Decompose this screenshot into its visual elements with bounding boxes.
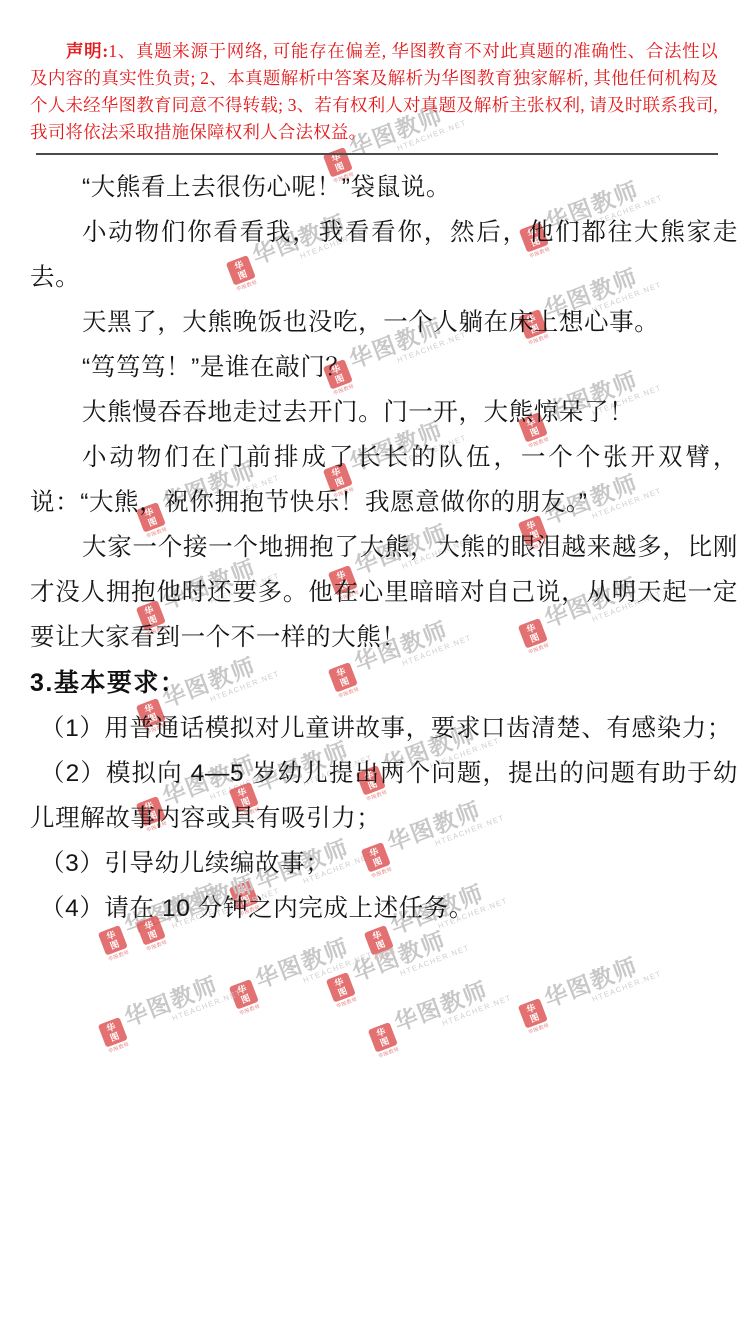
huatu-logo-icon: 华 图华图教师	[368, 1022, 401, 1060]
watermark-url-text: HTEACHER.NET	[171, 988, 243, 1023]
huatu-logo-caption: 华图教师	[527, 1022, 550, 1036]
huatu-logo-caption: 华图教师	[377, 1046, 400, 1060]
story-section: “大熊看上去很伤心呢！”袋鼠说。 小动物们你看看我，我看看你，然后，他们都往大熊…	[30, 165, 738, 660]
watermark-body: 华图教师HTEACHER.NET	[121, 965, 243, 1038]
requirement-item-4: （4）请在 10 分钟之内完成上述任务。	[30, 886, 738, 931]
watermark-url-text: HTEACHER.NET	[591, 969, 663, 1004]
story-paragraph-3: 天黑了，大熊晚饭也没吃，一个人躺在床上想心事。	[30, 300, 738, 345]
watermark-body: 华图教师HTEACHER.NET	[349, 920, 471, 993]
watermark-brand-text: 华图教师	[391, 970, 510, 1035]
huatu-logo-caption: 华图教师	[145, 939, 168, 953]
requirements-section: （1）用普通话模拟对儿童讲故事，要求口齿清楚、有感染力； （2）模拟向 4—5 …	[30, 706, 738, 931]
divider-rule	[36, 153, 718, 155]
story-paragraph-2: 小动物们你看看我，我看看你，然后，他们都往大熊家走去。	[30, 210, 738, 300]
huatu-logo-caption: 华图教师	[107, 1041, 130, 1055]
huatu-logo-icon: 华 图华图教师	[518, 998, 551, 1036]
watermark-body: 华图教师HTEACHER.NET	[252, 927, 374, 1000]
watermark: 华 图华图教师华图教师HTEACHER.NET	[323, 920, 474, 1010]
huatu-logo-icon: 华 图华图教师	[229, 979, 262, 1017]
watermark: 华 图华图教师华图教师HTEACHER.NET	[226, 927, 377, 1017]
watermark: 华 图华图教师华图教师HTEACHER.NET	[515, 946, 666, 1036]
watermark-brand-text: 华图教师	[541, 946, 660, 1011]
story-paragraph-6: 小动物们在门前排成了长长的队伍，一个个张开双臂，说：“大熊，祝你拥抱节快乐！我愿…	[30, 435, 738, 525]
requirement-item-2: （2）模拟向 4—5 岁幼儿提出两个问题，提出的问题有助于幼儿理解故事内容或具有…	[30, 751, 738, 841]
huatu-logo-caption: 华图教师	[335, 996, 358, 1010]
huatu-logo-glyph: 华 图	[229, 979, 259, 1010]
disclaimer: 声明:1、真题来源于网络, 可能存在偏差, 华图教育不对此真题的准确性、合法性以…	[30, 38, 718, 146]
story-paragraph-1: “大熊看上去很伤心呢！”袋鼠说。	[30, 165, 738, 210]
huatu-logo-caption: 华图教师	[107, 949, 130, 963]
disclaimer-text: 1、真题来源于网络, 可能存在偏差, 华图教育不对此真题的准确性、合法性以及内容…	[30, 41, 718, 142]
story-paragraph-7: 大家一个接一个地拥抱了大熊，大熊的眼泪越来越多，比刚才没人拥抱他时还要多。他在心…	[30, 525, 738, 660]
requirement-item-1: （1）用普通话模拟对儿童讲故事，要求口齿清楚、有感染力；	[30, 706, 738, 751]
huatu-logo-glyph: 华 图	[98, 1017, 128, 1048]
huatu-logo-glyph: 华 图	[368, 1022, 398, 1053]
huatu-logo-glyph: 华 图	[326, 972, 356, 1003]
story-paragraph-4: “笃笃笃！”是谁在敲门？	[30, 345, 738, 390]
disclaimer-label: 声明:	[66, 41, 108, 61]
document-content: 声明:1、真题来源于网络, 可能存在偏差, 华图教育不对此真题的准确性、合法性以…	[0, 0, 748, 931]
huatu-logo-icon: 华 图华图教师	[326, 972, 359, 1010]
watermark-brand-text: 华图教师	[252, 927, 371, 992]
watermark-brand-text: 华图教师	[121, 965, 240, 1030]
huatu-logo-caption: 华图教师	[238, 1003, 261, 1017]
watermark-url-text: HTEACHER.NET	[399, 943, 471, 978]
watermark-url-text: HTEACHER.NET	[441, 993, 513, 1028]
watermark: 华 图华图教师华图教师HTEACHER.NET	[95, 965, 246, 1055]
watermark: 华 图华图教师华图教师HTEACHER.NET	[365, 970, 516, 1060]
requirement-item-3: （3）引导幼儿续编故事；	[30, 841, 738, 886]
huatu-logo-icon: 华 图华图教师	[98, 1017, 131, 1055]
watermark-body: 华图教师HTEACHER.NET	[541, 946, 663, 1019]
story-paragraph-5: 大熊慢吞吞地走过去开门。门一开，大熊惊呆了！	[30, 390, 738, 435]
watermark-body: 华图教师HTEACHER.NET	[391, 970, 513, 1043]
requirements-heading: 3.基本要求：	[30, 660, 718, 706]
huatu-logo-caption: 华图教师	[373, 949, 396, 963]
document-page: 华 图华图教师华图教师HTEACHER.NET华 图华图教师华图教师HTEACH…	[0, 0, 748, 1335]
huatu-logo-glyph: 华 图	[518, 998, 548, 1029]
watermark-url-text: HTEACHER.NET	[302, 950, 374, 985]
